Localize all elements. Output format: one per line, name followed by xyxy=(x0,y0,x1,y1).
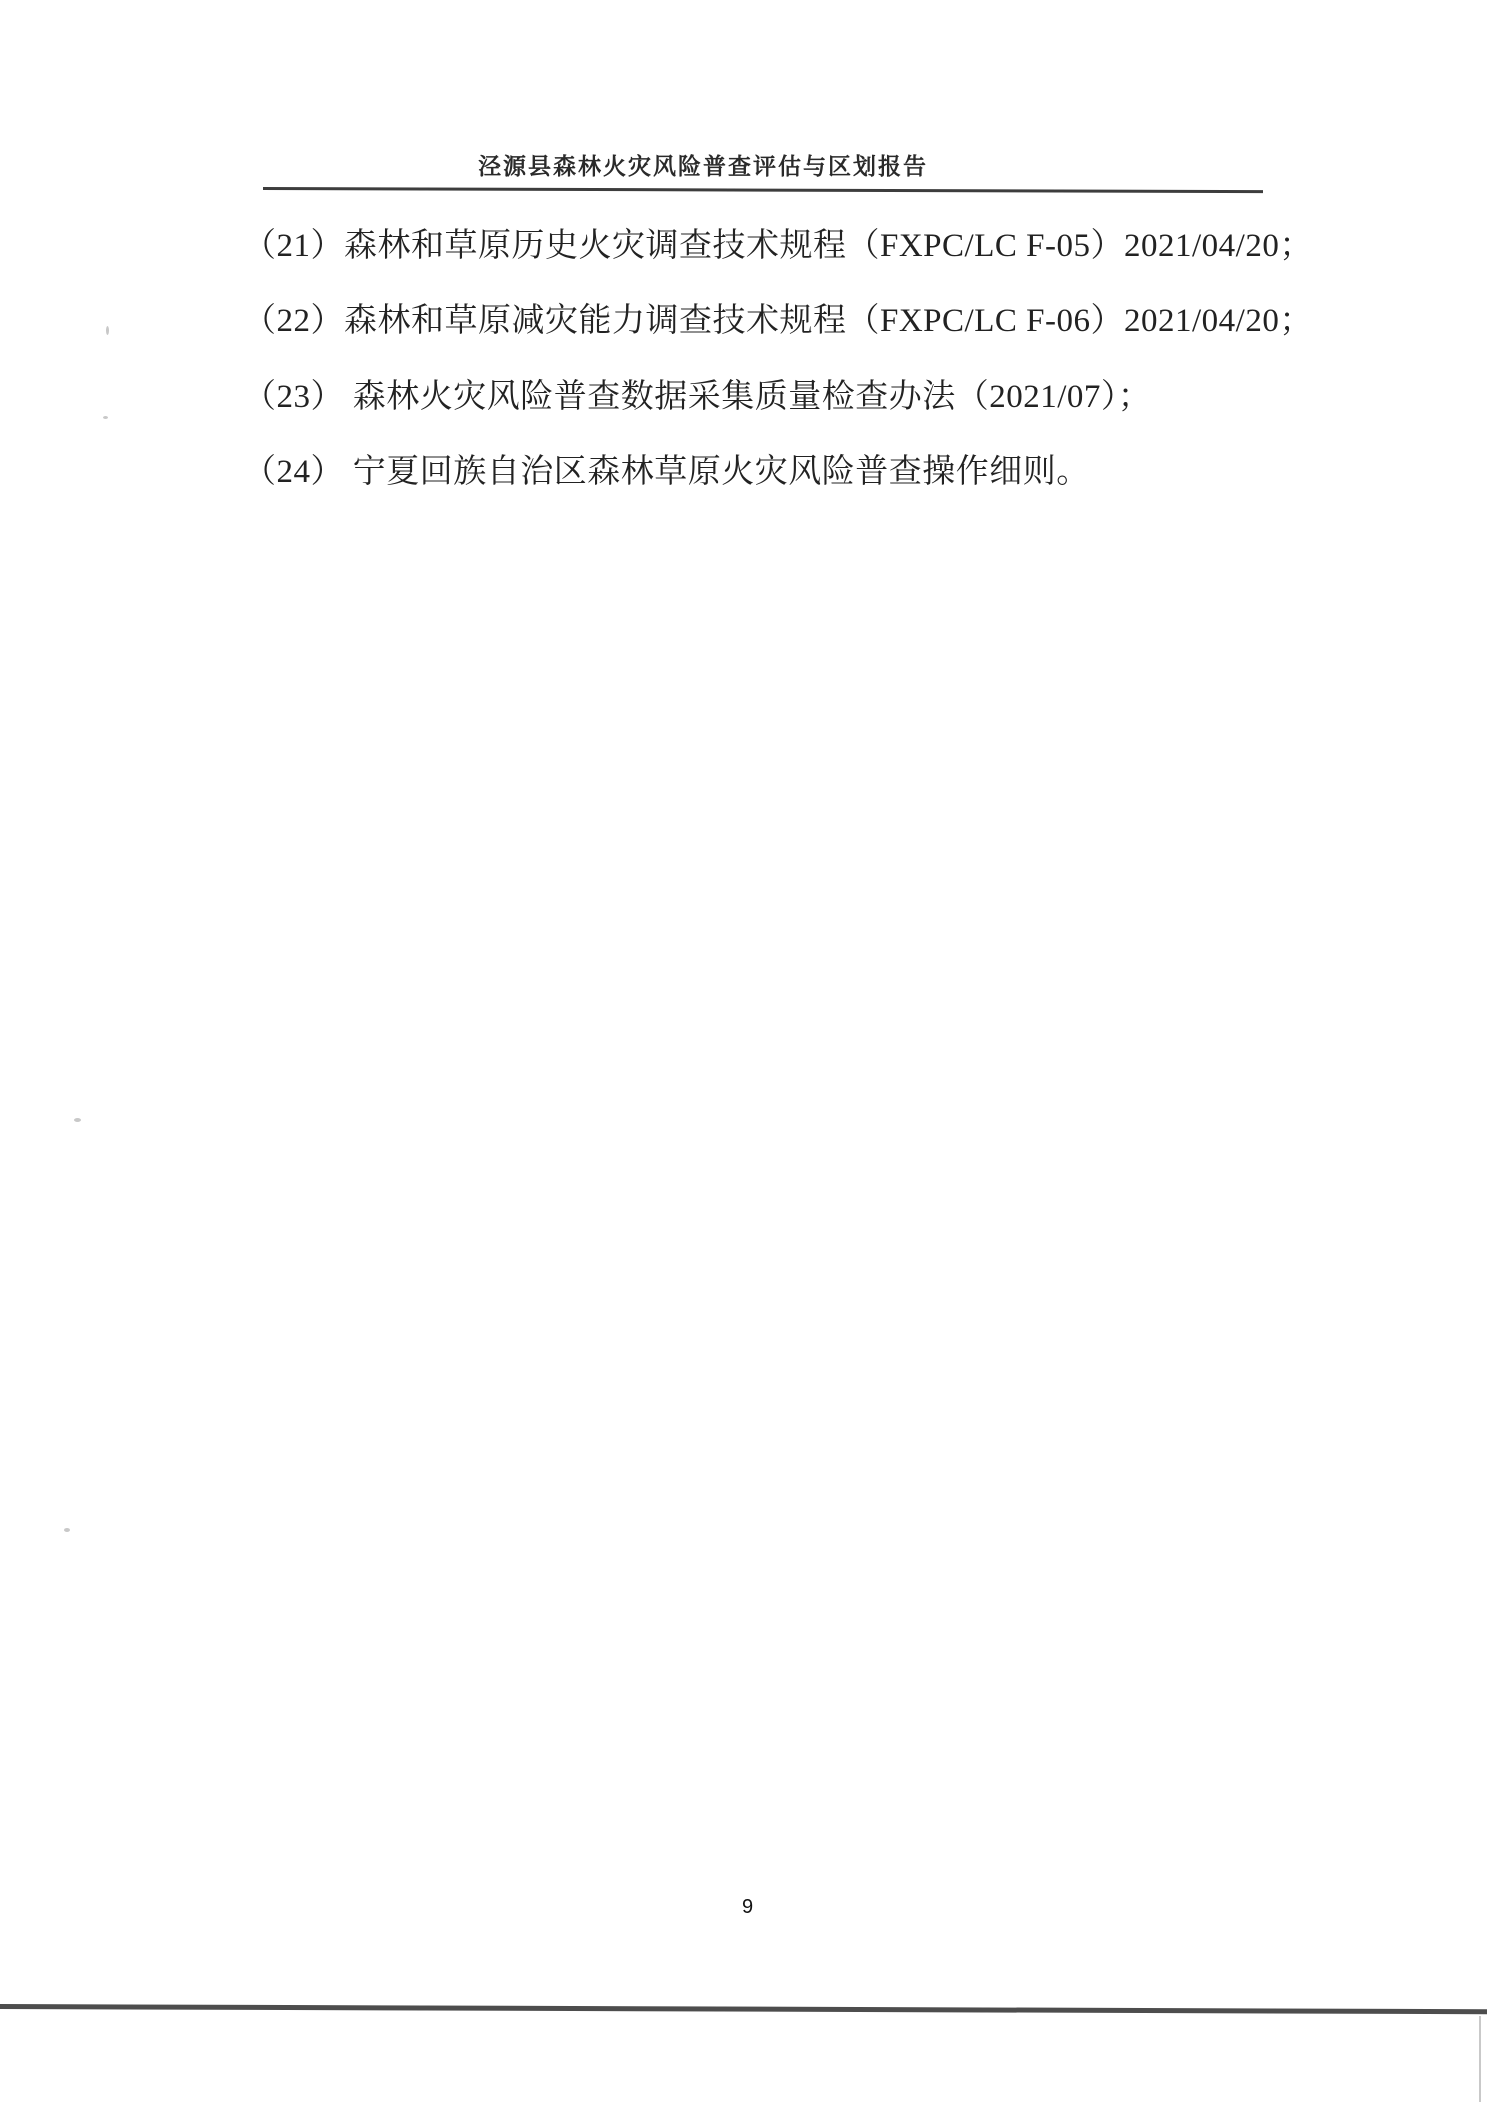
header-divider-line xyxy=(263,187,1263,193)
list-item: （21）森林和草原历史火灾调查技术规程（FXPC/LC F-05）2021/04… xyxy=(243,226,1343,266)
list-item: （22）森林和草原减灾能力调查技术规程（FXPC/LC F-06）2021/04… xyxy=(243,301,1343,341)
scan-speck xyxy=(74,1118,81,1122)
list-item: （23） 森林火灾风险普查数据采集质量检查办法（2021/07）； xyxy=(243,377,1343,417)
page-number: 9 xyxy=(742,1896,753,1919)
scan-speck xyxy=(103,416,108,419)
scanned-document-page: 泾源县森林火灾风险普查评估与区划报告 （21）森林和草原历史火灾调查技术规程（F… xyxy=(0,0,1487,2102)
scan-right-edge-artifact xyxy=(1479,2016,1481,2102)
scan-speck xyxy=(64,1528,70,1532)
scan-speck xyxy=(106,326,109,335)
list-item: （24） 宁夏回族自治区森林草原火灾风险普查操作细则。 xyxy=(243,452,1343,492)
scan-edge-line xyxy=(0,2004,1487,2014)
running-header-title: 泾源县森林火灾风险普查评估与区划报告 xyxy=(263,148,1143,181)
